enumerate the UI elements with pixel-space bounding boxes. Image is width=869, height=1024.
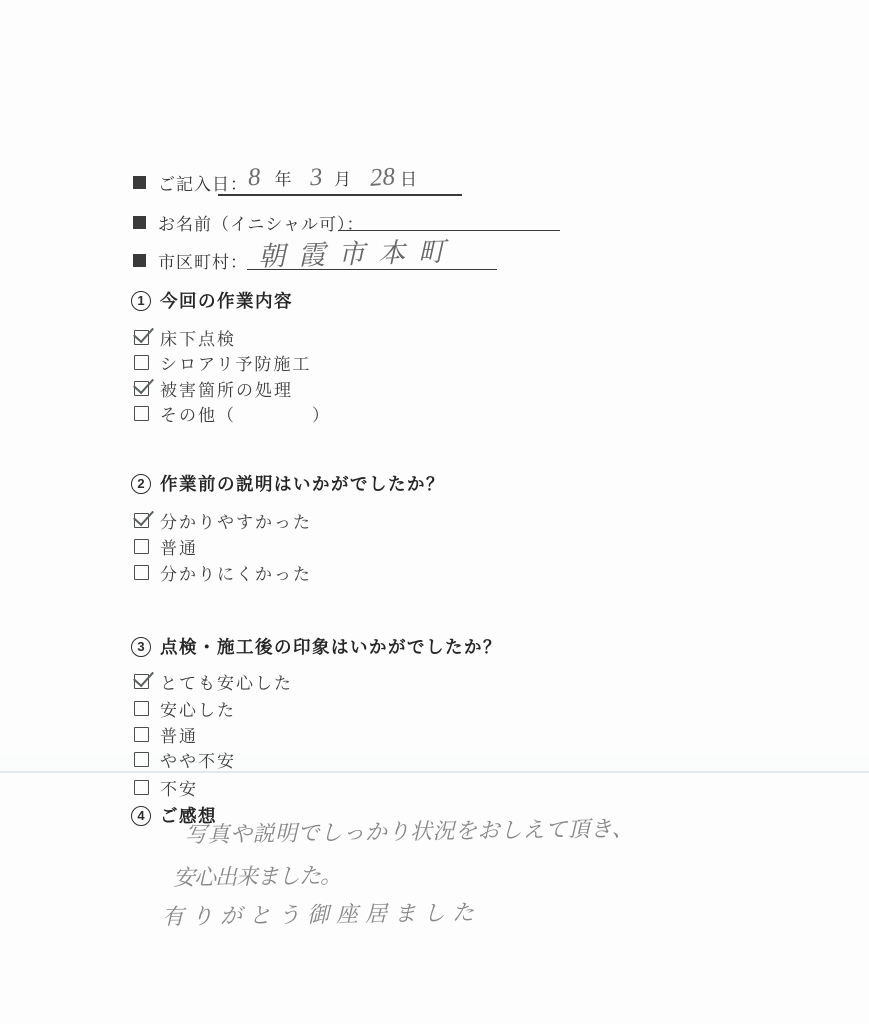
name-underline <box>338 207 560 231</box>
checkbox-option-row: 被害箇所の処理 <box>134 379 293 397</box>
checkbox-option-row: 分かりにくかった <box>134 563 312 581</box>
checkbox-option-row: シロアリ予防施工 <box>134 353 311 371</box>
question-2-heading: 2 作業前の説明はいかがでしたか？ <box>131 471 445 496</box>
handwritten-date-day: 28 <box>369 163 396 193</box>
checkbox <box>134 674 149 689</box>
date-year-suffix: 年 <box>275 165 293 190</box>
checkbox-option-row: 普通 <box>134 725 198 743</box>
question-4-number: 4 <box>131 806 151 826</box>
name-field-row: お名前（イニシャル可）： <box>133 210 364 235</box>
option-label: 分かりやすかった <box>160 508 312 533</box>
question-3-heading: 3 点検・施工後の印象はいかがでしたか？ <box>131 634 502 659</box>
date-day-suffix: 日 <box>400 165 418 190</box>
question-1-title: 今回の作業内容 <box>160 288 293 313</box>
checkbox <box>134 752 149 767</box>
option-label: 床下点検 <box>160 325 236 350</box>
handwritten-date-year: 8 <box>247 164 261 193</box>
checkbox <box>134 539 149 554</box>
option-label: その他（ ） <box>160 401 331 426</box>
handwritten-comment-line: 安心出来ました。 <box>173 859 341 892</box>
checkbox <box>134 701 149 716</box>
checkbox-option-row: その他（ ） <box>134 404 331 422</box>
handwritten-comment-line: 写真や説明でしっかり状況をおしえて頂き、 <box>185 812 635 849</box>
handwritten-date-month: 3 <box>309 164 323 193</box>
date-underline: 8 年 3 月 28 日 <box>218 164 462 196</box>
checkbox <box>134 780 149 795</box>
question-3-number: 3 <box>131 637 151 657</box>
checkbox-option-row: 不安 <box>134 778 198 796</box>
checkbox-option-row: 安心した <box>134 699 236 717</box>
option-label: 分かりにくかった <box>160 560 312 585</box>
name-field-label: お名前（イニシャル可）： <box>158 210 364 235</box>
option-label: シロアリ予防施工 <box>160 350 311 375</box>
checkbox <box>134 330 149 345</box>
date-month-suffix: 月 <box>334 165 352 190</box>
handwritten-city-value: 朝霞市本町 <box>258 229 459 273</box>
city-field-row: 市区町村： <box>133 248 248 273</box>
question-1-heading: 1 今回の作業内容 <box>131 288 293 313</box>
checkbox <box>134 513 149 528</box>
city-field-label: 市区町村： <box>158 248 248 273</box>
checkbox <box>134 406 149 421</box>
option-label: とても安心した <box>160 669 293 694</box>
checkbox-option-row: やや不安 <box>134 750 236 768</box>
checkbox <box>134 355 149 370</box>
checkbox-option-row: とても安心した <box>134 672 293 690</box>
question-3-title: 点検・施工後の印象はいかがでしたか？ <box>160 634 502 659</box>
checkbox <box>134 727 149 742</box>
bullet-square-icon <box>133 254 146 267</box>
option-label: 安心した <box>160 696 236 721</box>
question-1-number: 1 <box>131 291 151 311</box>
scan-artifact-line <box>0 754 869 773</box>
bullet-square-icon <box>133 176 146 189</box>
question-2-number: 2 <box>131 474 151 494</box>
bullet-square-icon <box>133 216 146 229</box>
handwritten-comment-line: 有りがとう御座居ました <box>162 896 481 931</box>
option-label: 普通 <box>160 722 198 747</box>
question-2-title: 作業前の説明はいかがでしたか？ <box>160 471 445 496</box>
checkbox-option-row: 分かりやすかった <box>134 511 312 529</box>
option-label: やや不安 <box>160 747 236 772</box>
option-label: 普通 <box>160 534 198 559</box>
checkbox <box>134 381 149 396</box>
scanned-form-page: ご記入日： 8 年 3 月 28 日 お名前（イニシャル可）： 市区町村： 朝霞… <box>0 0 869 1024</box>
option-label: 被害箇所の処理 <box>160 376 293 401</box>
checkbox <box>134 565 149 580</box>
option-label: 不安 <box>160 775 198 800</box>
checkbox-option-row: 床下点検 <box>134 328 236 346</box>
checkbox-option-row: 普通 <box>134 537 198 555</box>
